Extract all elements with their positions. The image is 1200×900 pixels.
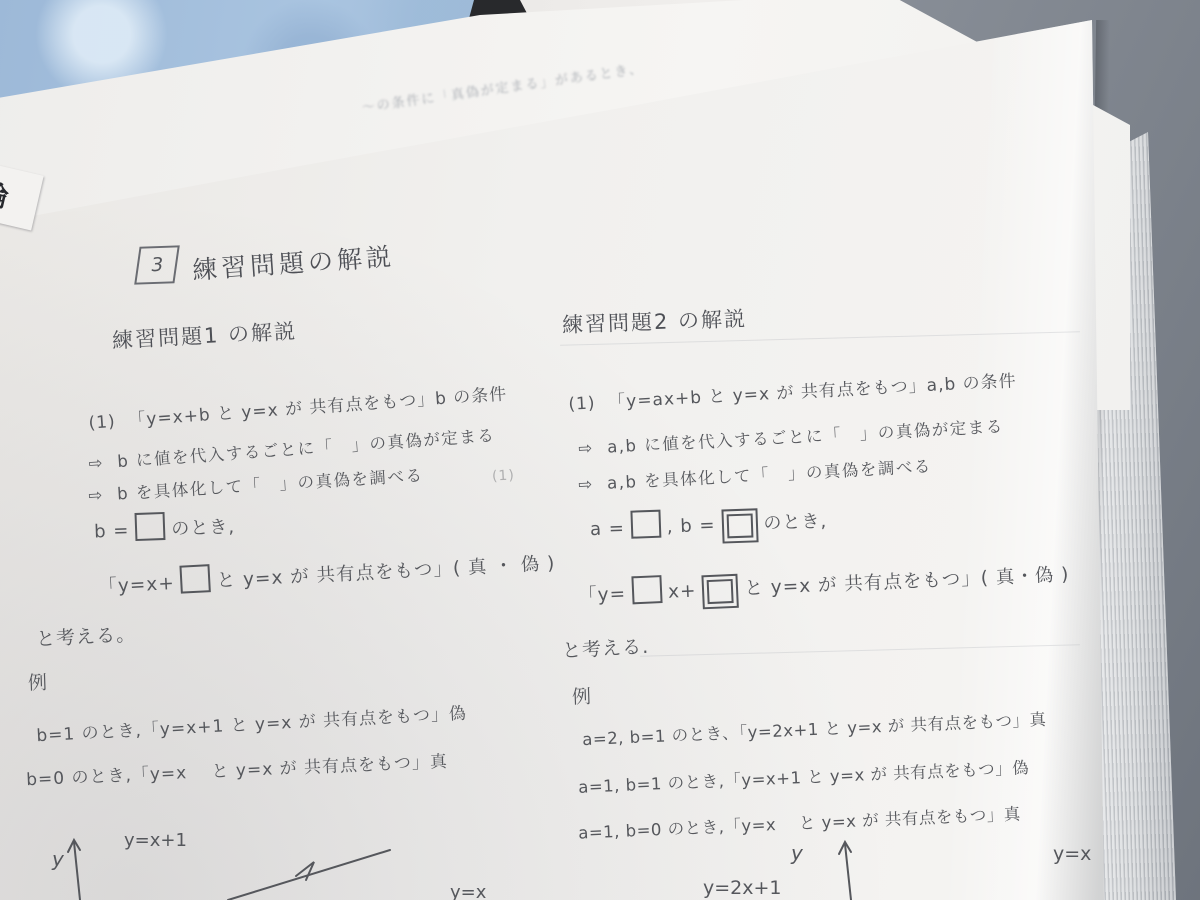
answer-box-double — [721, 508, 758, 543]
rightwards-arrow-icon: ⇨ — [88, 485, 104, 505]
left-example-2: b=0 のとき,「y=x と y=x が 共有点をもつ」真 — [26, 747, 449, 790]
left-case-post: のとき, — [171, 517, 235, 540]
left-example-1: b=1 のとき,「y=x+1 と y=x が 共有点をもつ」偽 — [36, 699, 468, 747]
rightwards-arrow-icon: ⇨ — [578, 474, 594, 494]
left-problem-number: (1) — [88, 412, 116, 434]
left-example-label: 例 — [28, 668, 49, 696]
left-quote-pre: 「y=x+ — [98, 573, 175, 598]
right-step-1: ⇨ a,b に値を代入するごとに「 」の真偽が定まる — [578, 413, 1005, 459]
scrap-kanji: 論 — [0, 171, 13, 215]
line-label-y-equals-x: y=x — [1053, 843, 1091, 865]
left-case-line: b =のとき, — [94, 510, 236, 544]
right-step-2: ⇨ a,b を具体化して「 」の真偽を調べる — [578, 453, 933, 495]
left-margin-reference: (1) — [492, 467, 516, 484]
left-quote-post: と y=x が 共有点をもつ」( 真 ・ 偽 ) — [216, 553, 556, 592]
right-problem-statement: (1) 「y=ax+b と y=x が 共有点をもつ」a,b の条件 — [568, 366, 1017, 414]
answer-box — [135, 512, 166, 541]
left-think-note: と考える。 — [35, 619, 136, 651]
left-case-pre: b = — [94, 520, 130, 542]
right-example-label: 例 — [572, 682, 593, 710]
answer-box — [180, 564, 211, 594]
right-problem-number: (1) — [568, 393, 596, 414]
right-step-2-text: a,b を具体化して「 」の真偽を調べる — [607, 457, 933, 493]
left-graph-sketch: y y=x+1 y=x — [28, 818, 558, 900]
right-quoted-proposition: 「y=x+と y=x が 共有点をもつ」( 真・偽 ) — [577, 557, 1070, 614]
section-number-box: 3 — [134, 245, 180, 284]
left-heading: 練習問題1 の解説 — [111, 315, 297, 355]
rightwards-arrow-icon: ⇨ — [88, 453, 105, 473]
right-graph-sketch: y=2x+1 y y=x — [595, 818, 1165, 900]
right-step-1-text: a,b に値を代入するごとに「 」の真偽が定まる — [607, 417, 1005, 457]
left-quoted-proposition: 「y=x+と y=x が 共有点をもつ」( 真 ・ 偽 ) — [98, 546, 556, 599]
y-axis-label: y — [790, 841, 804, 865]
right-case-b: , b = — [666, 515, 715, 538]
answer-box — [630, 510, 661, 539]
line-label-y-equals-2x-plus-1: y=2x+1 — [703, 877, 782, 899]
right-problem-text: 「y=ax+b と y=x が 共有点をもつ」a,b の条件 — [608, 371, 1017, 412]
left-step-1: ⇨ b に値を代入するごとに「 」の真偽が定まる — [88, 422, 496, 474]
y-axis-label: y — [51, 847, 65, 871]
y-axis-line — [74, 842, 80, 900]
right-case-a: a = — [590, 518, 626, 540]
right-quote-p3: と y=x が 共有点をもつ」( 真・偽 ) — [744, 564, 1070, 599]
right-think-note: と考える. — [561, 632, 649, 664]
section-title: 練習問題の解説 — [191, 237, 396, 287]
right-example-2: a=1, b=1 のとき,「y=x+1 と y=x が 共有点をもつ」偽 — [578, 754, 1030, 798]
answer-box-double — [702, 574, 739, 610]
right-case-post: のとき, — [763, 511, 827, 534]
right-quote-p1: 「y= — [578, 584, 627, 607]
answer-box — [631, 575, 662, 604]
left-step-2-text: b を具体化して「 」の真偽を調べる — [117, 466, 424, 504]
show-through-rule — [640, 644, 1080, 657]
section-number: 3 — [149, 254, 164, 276]
line-label-y-equals-x-plus-1: y=x+1 — [124, 830, 187, 851]
left-step-1-text: b に値を代入するごとに「 」の真偽が定まる — [117, 426, 496, 471]
line-label-y-equals-x: y=x — [450, 882, 487, 900]
right-quote-p2: x+ — [668, 581, 697, 603]
rightwards-arrow-icon: ⇨ — [578, 438, 594, 458]
right-example-1: a=2, b=1 のとき、「y=2x+1 と y=x が 共有点をもつ」真 — [582, 706, 1047, 750]
right-heading: 練習問題2 の解説 — [562, 303, 748, 339]
right-case-line: a =, b =のとき, — [589, 504, 827, 548]
